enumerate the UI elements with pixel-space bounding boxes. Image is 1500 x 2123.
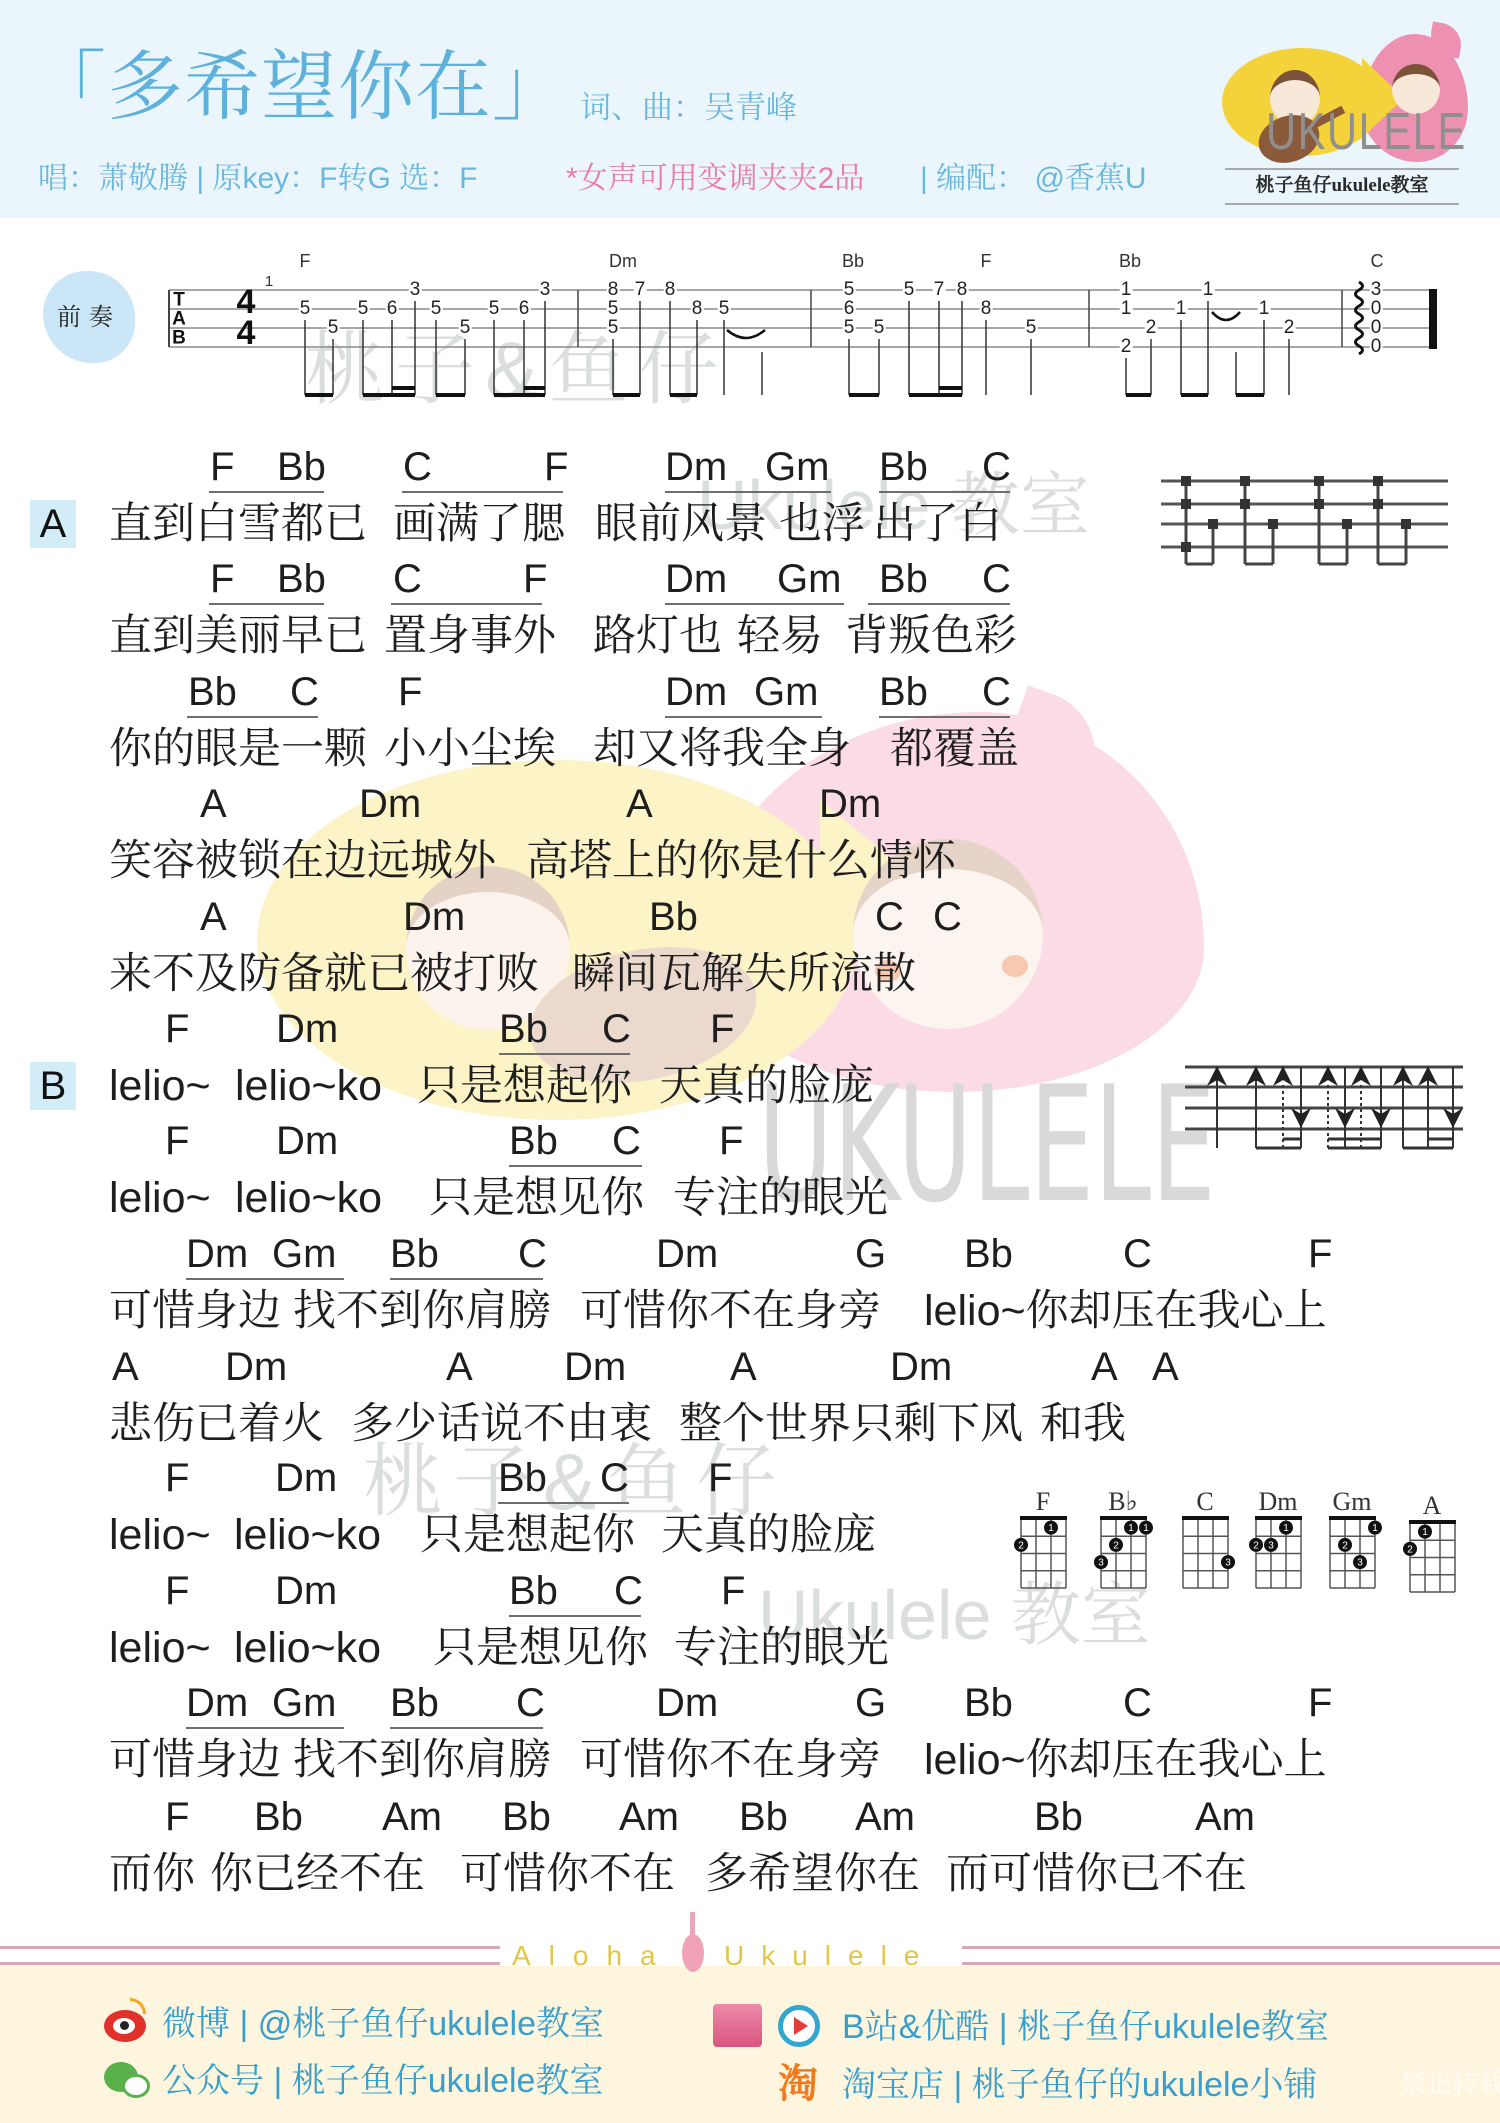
- finger-number: 1: [1372, 1523, 1378, 1534]
- pick-mark: [1314, 499, 1324, 509]
- play-triangle-icon: [794, 2017, 808, 2035]
- lyric-phrase: lelio~ko: [234, 1623, 381, 1673]
- fret-number: 3: [1370, 282, 1383, 298]
- lyric-phrase: 可惜你不在身旁: [580, 1735, 881, 1785]
- chord-diagram-name: A: [1423, 1492, 1442, 1520]
- fret-number: 1: [1202, 282, 1215, 298]
- tab-chord-name: Bb: [842, 251, 864, 271]
- chord-group-underline: [665, 716, 822, 718]
- section-label-text: A: [40, 502, 67, 546]
- lyric-phrase: 只是想起你: [420, 1510, 635, 1560]
- pick-mark: [1208, 519, 1218, 529]
- lyric-phrase: lelio~: [109, 1510, 211, 1560]
- chord-name: Bb: [390, 1232, 439, 1276]
- lyric-phrase: 整个世界只剩下风: [679, 1399, 1023, 1449]
- time-signature-bottom: 4: [237, 318, 256, 348]
- chord-group-underline: [187, 716, 318, 718]
- pick-mark: [1268, 519, 1278, 529]
- divider-line: [962, 1946, 1500, 1949]
- tie-arc: [727, 330, 765, 338]
- chord-name: Bb: [879, 445, 928, 489]
- fret-number: 5: [873, 320, 886, 336]
- lyric-phrase: 也浮: [779, 499, 865, 549]
- chord-name: C: [982, 445, 1011, 489]
- lyric-phrase: 你的眼是一颗: [109, 724, 367, 774]
- chord-group-underline: [499, 1053, 630, 1055]
- pick-mark: [1181, 499, 1191, 509]
- footer-wechat-text: 公众号 | 桃子鱼仔ukulele教室: [162, 2061, 603, 2101]
- lyric-phrase: lelio~ko: [234, 1510, 381, 1560]
- chord-name: Dm: [275, 1456, 337, 1500]
- chord-name: Bb: [964, 1681, 1013, 1725]
- chord-name: F: [710, 1007, 734, 1051]
- chord-name: Gm: [272, 1232, 336, 1276]
- lyric-phrase: 可惜你不在身旁: [580, 1286, 881, 1336]
- up-arrow-icon: [1318, 1066, 1338, 1086]
- chord-name: Dm: [186, 1681, 248, 1725]
- chord-name: C: [518, 1232, 547, 1276]
- finger-number: 1: [1048, 1523, 1054, 1534]
- chord-diagram-name: Gm: [1333, 1488, 1372, 1516]
- chord-group-underline: [186, 1727, 344, 1729]
- tie-arc: [1212, 312, 1240, 320]
- finger-number: 3: [1268, 1540, 1274, 1551]
- fret-number: 6: [843, 301, 856, 317]
- chord-name: C: [875, 895, 904, 939]
- chord-group-underline: [209, 603, 324, 605]
- diagram-nut: [1020, 1516, 1067, 1520]
- chord-name: Dm: [665, 445, 727, 489]
- fret-number: 1: [1120, 282, 1133, 298]
- footer-taobao-text: 淘宝店 | 桃子鱼仔的ukulele小铺: [842, 2065, 1317, 2105]
- chord-group-underline: [391, 603, 542, 605]
- finger-number: 3: [1357, 1558, 1363, 1569]
- finger-number: 3: [1098, 1558, 1104, 1569]
- chord-group-underline: [209, 491, 324, 493]
- chord-group-underline: [509, 1165, 642, 1167]
- chord-name: Gm: [754, 670, 818, 714]
- lyric-phrase: lelio~ko: [235, 1173, 382, 1223]
- tab-chord-name: Bb: [1119, 251, 1141, 271]
- chord-name: F: [165, 1119, 189, 1163]
- chord-name: G: [855, 1681, 886, 1725]
- chord-name: C: [982, 557, 1011, 601]
- lyric-phrase: 出了白: [873, 499, 1002, 549]
- pick-mark: [1181, 542, 1191, 552]
- fret-number: 7: [933, 282, 946, 298]
- lyric-phrase: 瞬间瓦解失所流散: [572, 949, 916, 999]
- chord-name: Bb: [254, 1795, 303, 1839]
- tab-letter-t: T: [173, 291, 185, 310]
- chord-name: F: [1308, 1232, 1332, 1276]
- section-label-b: B: [30, 1062, 76, 1110]
- finger-number: 1: [1422, 1527, 1428, 1538]
- diagram-nut: [1182, 1516, 1229, 1520]
- chord-diagram-name: C: [1196, 1488, 1213, 1516]
- pick-mark: [1240, 476, 1250, 486]
- chord-name: Bb: [739, 1795, 788, 1839]
- bilibili-icon: [713, 2004, 762, 2047]
- chord-name: C: [1123, 1232, 1152, 1276]
- chord-name: Bb: [498, 1456, 547, 1500]
- chord-name: Dm: [403, 895, 465, 939]
- fret-number: 5: [607, 320, 620, 336]
- chord-diagram-name: Dm: [1259, 1488, 1298, 1516]
- fret-number: 8: [980, 301, 993, 317]
- chord-name: Dm: [186, 1232, 248, 1276]
- chord-name: C: [612, 1119, 641, 1163]
- chord-name: A: [446, 1345, 473, 1389]
- chord-name: A: [200, 895, 227, 939]
- fret-number: 2: [1283, 320, 1296, 336]
- chord-name: Bb: [1034, 1795, 1083, 1839]
- chord-name: Dm: [275, 1569, 337, 1613]
- chord-name: F: [165, 1795, 189, 1839]
- lyric-phrase: 来不及防备就已被打败: [109, 949, 539, 999]
- footer-weibo-text: 微博 | @桃子鱼仔ukulele教室: [162, 2004, 604, 2044]
- lyric-phrase: 天真的脸庞: [659, 1061, 874, 1111]
- tab-chord-name: F: [981, 251, 992, 271]
- fret-number: 3: [409, 282, 422, 298]
- chord-name: F: [210, 445, 234, 489]
- copyright-watermark: 禁止转载: [1400, 2068, 1500, 2098]
- chord-name: Bb: [964, 1232, 1013, 1276]
- finger-number: 1: [1128, 1523, 1134, 1534]
- chord-name: Gm: [765, 445, 829, 489]
- chord-group-underline: [879, 716, 1010, 718]
- fret-number: 5: [459, 320, 472, 336]
- wechat-icon-bubble: [122, 2074, 150, 2098]
- up-arrow-icon: [1351, 1066, 1371, 1086]
- section-label-a: A: [30, 500, 76, 548]
- chord-name: C: [290, 670, 319, 714]
- lyric-phrase: 路灯也: [593, 611, 722, 661]
- fret-number: 5: [299, 301, 312, 317]
- chord-name: A: [112, 1345, 139, 1389]
- chord-name: F: [721, 1569, 745, 1613]
- chord-name: Dm: [276, 1007, 338, 1051]
- pick-mark: [1401, 519, 1411, 529]
- lyric-phrase: 而可惜你已不在: [946, 1849, 1247, 1899]
- pick-mark: [1373, 476, 1383, 486]
- tab-letter-b: B: [172, 329, 186, 348]
- chord-name: A: [200, 782, 227, 826]
- youku-icon: [778, 2005, 820, 2047]
- chord-name: C: [600, 1456, 629, 1500]
- chord-name: Bb: [879, 557, 928, 601]
- fret-number: 5: [327, 320, 340, 336]
- chord-name: Dm: [225, 1345, 287, 1389]
- chord-name: Dm: [656, 1681, 718, 1725]
- chord-name: F: [165, 1569, 189, 1613]
- finger-number: 2: [1407, 1544, 1413, 1555]
- fret-number: 3: [539, 282, 552, 298]
- chord-name: G: [855, 1232, 886, 1276]
- fret-number: 5: [903, 282, 916, 298]
- chord-group-underline: [665, 603, 844, 605]
- chord-name: Gm: [272, 1681, 336, 1725]
- chord-diagram-name: B♭: [1108, 1488, 1138, 1516]
- fret-number: 5: [488, 301, 501, 317]
- chord-name: Bb: [277, 445, 326, 489]
- lyric-phrase: 画满了腮: [393, 499, 565, 549]
- chord-name: F: [210, 557, 234, 601]
- lyric-phrase: 天真的脸庞: [661, 1510, 876, 1560]
- fret-number: 5: [430, 301, 443, 317]
- fret-number: 5: [843, 282, 856, 298]
- weibo-icon: [104, 2010, 146, 2042]
- intro-label: 前奏: [43, 301, 135, 333]
- finger-number: 3: [1225, 1558, 1231, 1569]
- divider-line: [962, 1962, 1500, 1965]
- lyric-phrase: 背叛色彩: [845, 611, 1017, 661]
- chord-name: C: [403, 445, 432, 489]
- lyric-phrase: 却又将我全身: [593, 724, 851, 774]
- chord-group-underline: [879, 491, 1010, 493]
- chord-group-underline: [868, 603, 1010, 605]
- chord-name: Bb: [879, 670, 928, 714]
- lyric-phrase: 轻易: [737, 611, 823, 661]
- fret-number: 5: [843, 320, 856, 336]
- chord-name: F: [523, 557, 547, 601]
- chord-name: C: [982, 670, 1011, 714]
- chord-name: Gm: [777, 557, 841, 601]
- chord-name: Bb: [188, 670, 237, 714]
- lyric-phrase: 可惜你不在: [460, 1849, 675, 1899]
- lyric-phrase: 找不到你肩膀: [293, 1735, 551, 1785]
- chord-name: F: [398, 670, 422, 714]
- chord-name: C: [933, 895, 962, 939]
- divider-line: [0, 1946, 500, 1949]
- fret-number: 5: [718, 301, 731, 317]
- lyric-phrase: lelio~: [109, 1623, 211, 1673]
- lyric-phrase: 笑容被锁在边远城外: [109, 836, 496, 886]
- chord-name: C: [614, 1569, 643, 1613]
- chord-name: Dm: [359, 782, 421, 826]
- chord-name: Dm: [656, 1232, 718, 1276]
- up-arrow-icon: [1273, 1066, 1293, 1086]
- fret-number: 8: [691, 301, 704, 317]
- chord-name: Am: [855, 1795, 915, 1839]
- chord-name: Bb: [509, 1119, 558, 1163]
- taobao-icon: 淘: [778, 2062, 818, 2106]
- chord-name: Dm: [819, 782, 881, 826]
- chord-name: C: [516, 1681, 545, 1725]
- fret-number: 5: [607, 301, 620, 317]
- chord-diagram-name: F: [1036, 1488, 1050, 1516]
- tab-chord-name: F: [300, 251, 311, 271]
- chord-group-underline: [186, 1278, 344, 1280]
- chord-name: Dm: [665, 557, 727, 601]
- finger-number: 1: [1283, 1523, 1289, 1534]
- lyric-phrase: lelio~你却压在我心上: [924, 1735, 1327, 1785]
- lyric-phrase: 你已经不在: [210, 1849, 425, 1899]
- lyric-phrase: 多希望你在: [705, 1849, 920, 1899]
- chord-group-underline: [665, 491, 831, 493]
- chord-name: A: [730, 1345, 757, 1389]
- chord-name: Dm: [564, 1345, 626, 1389]
- time-signature-top: 4: [237, 287, 256, 317]
- fret-number: 1: [1120, 301, 1133, 317]
- chord-name: C: [1123, 1681, 1152, 1725]
- chord-diagram: 12: [1403, 1520, 1456, 1592]
- strum-pattern-a: [1161, 476, 1448, 564]
- lyric-phrase: 直到美丽早已: [109, 611, 367, 661]
- pick-mark: [1240, 499, 1250, 509]
- chord-group-underline: [498, 1502, 629, 1504]
- finger-number: 2: [1253, 1540, 1259, 1551]
- pick-mark: [1342, 519, 1352, 529]
- chord-name: A: [626, 782, 653, 826]
- chord-group-underline: [390, 1727, 543, 1729]
- fret-number: 5: [1025, 320, 1038, 336]
- chord-name: Am: [382, 1795, 442, 1839]
- fret-number: 1: [1258, 301, 1271, 317]
- lyric-phrase: lelio~: [109, 1061, 211, 1111]
- lyric-phrase: 只是想见你: [433, 1623, 648, 1673]
- fret-number: 2: [1145, 320, 1158, 336]
- diagram-nut: [1329, 1516, 1376, 1520]
- chord-group-underline: [509, 1615, 641, 1617]
- chord-diagram: 123: [1249, 1516, 1302, 1588]
- fret-number: 6: [518, 301, 531, 317]
- chord-name: Bb: [390, 1681, 439, 1725]
- chord-name: F: [719, 1119, 743, 1163]
- pick-mark: [1314, 476, 1324, 486]
- chord-name: F: [165, 1456, 189, 1500]
- diagram-nut: [1409, 1520, 1456, 1524]
- ukulele-icon-body: [682, 1934, 704, 1972]
- finger-number: 2: [1113, 1540, 1119, 1551]
- lyric-phrase: 只是想见你: [429, 1173, 644, 1223]
- chord-name: Bb: [502, 1795, 551, 1839]
- pick-mark: [1181, 476, 1191, 486]
- fret-number: 8: [607, 282, 620, 298]
- chord-name: F: [544, 445, 568, 489]
- chord-name: C: [602, 1007, 631, 1051]
- strum-pattern-b: [1185, 1066, 1463, 1148]
- song-sheet: UKULELE 桃子&鱼仔 Ukulele 教室 桃子&鱼仔 Ukulele 教…: [0, 0, 1500, 2123]
- fret-number: 0: [1370, 320, 1383, 336]
- lyric-phrase: 找不到你肩膀: [293, 1286, 551, 1336]
- lyric-phrase: 可惜身边: [109, 1735, 281, 1785]
- chord-name: A: [1152, 1345, 1179, 1389]
- lyric-phrase: 眼前风景: [595, 499, 767, 549]
- chord-diagram: 3: [1182, 1516, 1235, 1588]
- fret-number: 8: [664, 282, 677, 298]
- lyric-phrase: 而你: [109, 1849, 195, 1899]
- fret-number: 8: [956, 282, 969, 298]
- lyric-phrase: 专注的眼光: [673, 1173, 888, 1223]
- fret-number: 2: [1120, 339, 1133, 355]
- lyric-phrase: 置身事外: [384, 611, 556, 661]
- chord-name: F: [708, 1456, 732, 1500]
- fret-number: 0: [1370, 339, 1383, 355]
- divider-line: [0, 1962, 500, 1965]
- fret-number: 7: [634, 282, 647, 298]
- lyric-phrase: 悲伤已着火: [109, 1399, 324, 1449]
- chord-name: A: [1091, 1345, 1118, 1389]
- pick-mark: [1373, 499, 1383, 509]
- measure-number: 1: [265, 274, 273, 290]
- fret-number: 6: [386, 301, 399, 317]
- chord-name: Bb: [509, 1569, 558, 1613]
- divider-text-aloha: Aloha: [512, 1938, 674, 1974]
- weibo-icon-pupil: [120, 2021, 129, 2030]
- tab-letter-a: A: [172, 310, 186, 329]
- chord-name: Dm: [665, 670, 727, 714]
- chord-name: F: [1308, 1681, 1332, 1725]
- chord-name: Bb: [499, 1007, 548, 1051]
- chord-group-underline: [390, 1278, 543, 1280]
- diagram-nut: [1100, 1516, 1147, 1520]
- lyric-phrase: 专注的眼光: [674, 1623, 889, 1673]
- chord-diagram: 123: [1329, 1516, 1382, 1588]
- lyric-phrase: 直到白雪都已: [109, 499, 367, 549]
- lyric-phrase: lelio~ko: [235, 1061, 382, 1111]
- lyric-phrase: 高塔上的你是什么情怀: [526, 836, 956, 886]
- divider-text-ukulele: Ukulele: [724, 1938, 936, 1974]
- chord-name: F: [165, 1007, 189, 1051]
- arpeggio-wave: [1356, 282, 1363, 354]
- finger-number: 1: [1143, 1523, 1149, 1534]
- final-barline: [1429, 289, 1437, 349]
- chord-diagram: 12: [1014, 1516, 1067, 1588]
- lyric-phrase: 可惜身边: [109, 1286, 281, 1336]
- lyric-phrase: 多少话说不由衷: [351, 1399, 652, 1449]
- chord-name: Bb: [649, 895, 698, 939]
- fret-number: 5: [357, 301, 370, 317]
- section-label-text: B: [40, 1064, 67, 1108]
- diagram-nut: [1255, 1516, 1302, 1520]
- lyric-phrase: lelio~你却压在我心上: [924, 1286, 1327, 1336]
- tab-chord-name: C: [1371, 251, 1384, 271]
- lyric-phrase: 和我: [1040, 1399, 1126, 1449]
- chord-name: Bb: [277, 557, 326, 601]
- fret-number: 1: [1175, 301, 1188, 317]
- lyric-phrase: 都覆盖: [890, 724, 1019, 774]
- chord-name: Dm: [276, 1119, 338, 1163]
- chord-diagram: 1123: [1094, 1516, 1153, 1588]
- chord-name: Am: [619, 1795, 679, 1839]
- tab-chord-name: Dm: [609, 251, 637, 271]
- lyric-phrase: lelio~: [109, 1173, 211, 1223]
- chord-name: Dm: [890, 1345, 952, 1389]
- lyric-phrase: 只是想起你: [417, 1061, 632, 1111]
- chord-name: Am: [1195, 1795, 1255, 1839]
- finger-number: 2: [1342, 1540, 1348, 1551]
- finger-number: 2: [1018, 1540, 1024, 1551]
- fret-number: 0: [1370, 301, 1383, 317]
- chord-name: C: [393, 557, 422, 601]
- chord-group-underline: [402, 491, 563, 493]
- lyric-phrase: 小小尘埃: [384, 724, 556, 774]
- footer-video-text: B站&优酷 | 桃子鱼仔ukulele教室: [842, 2007, 1329, 2047]
